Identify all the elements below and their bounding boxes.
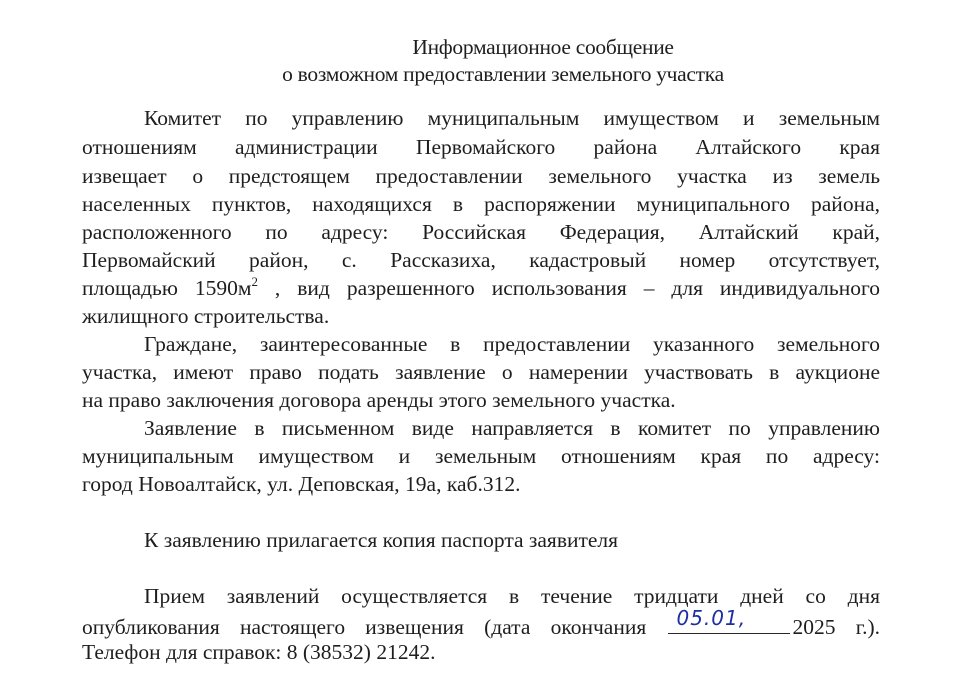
deadline-suffix: 2025 г.).: [792, 615, 880, 639]
paragraph-1-line: Первомайский район, с. Рассказиха, кадас…: [82, 247, 880, 273]
paragraph-1-line: расположенного по адресу: Российская Фед…: [82, 219, 880, 245]
document-page: Информационное сообщение о возможном пре…: [0, 0, 966, 693]
paragraph-2-line: Граждане, заинтересованные в предоставле…: [144, 331, 880, 357]
paragraph-1-last-line: жилищного строительства.: [82, 303, 880, 329]
paragraph-4: К заявлению прилагается копия паспорта з…: [144, 527, 942, 553]
paragraph-5-line-2: опубликования настоящего извещения (дата…: [82, 611, 880, 640]
paragraph-1-line: населенных пунктов, находящихся в распор…: [82, 191, 880, 217]
paragraph-5-line-1: Прием заявлений осуществляется в течение…: [144, 583, 880, 609]
paragraph-1-line: извещает о предстоящем предоставлении зе…: [82, 163, 880, 189]
paragraph-3-line: Заявление в письменном виде направляется…: [144, 415, 880, 441]
title-line-2: о возможном предоставлении земельного уч…: [20, 62, 966, 87]
area-line: площадью 1590м2 , вид разрешенного испол…: [82, 275, 880, 301]
paragraph-1-line: отношениям администрации Первомайского р…: [82, 134, 880, 160]
handwritten-date: 05.01,: [676, 605, 746, 631]
deadline-prefix: опубликования настоящего извещения (дата…: [82, 615, 646, 639]
paragraph-2-line: на право заключения договора аренды этог…: [82, 387, 880, 413]
area-prefix: площадью 1590м: [82, 276, 251, 300]
area-suffix: , вид разрешенного использования – для и…: [258, 276, 880, 300]
deadline-date-field: 05.01,: [668, 611, 790, 634]
paragraph-2-line: участка, имеют право подать заявление о …: [82, 359, 880, 385]
paragraph-1-line: Комитет по управлению муниципальным имущ…: [144, 105, 880, 131]
paragraph-3-line: город Новоалтайск, ул. Деповская, 19а, к…: [82, 471, 880, 497]
phone-line: Телефон для справок: 8 (38532) 21242.: [82, 639, 880, 665]
paragraph-3-line: муниципальным имуществом и земельным отн…: [82, 443, 880, 469]
title-line-1: Информационное сообщение: [60, 35, 966, 60]
